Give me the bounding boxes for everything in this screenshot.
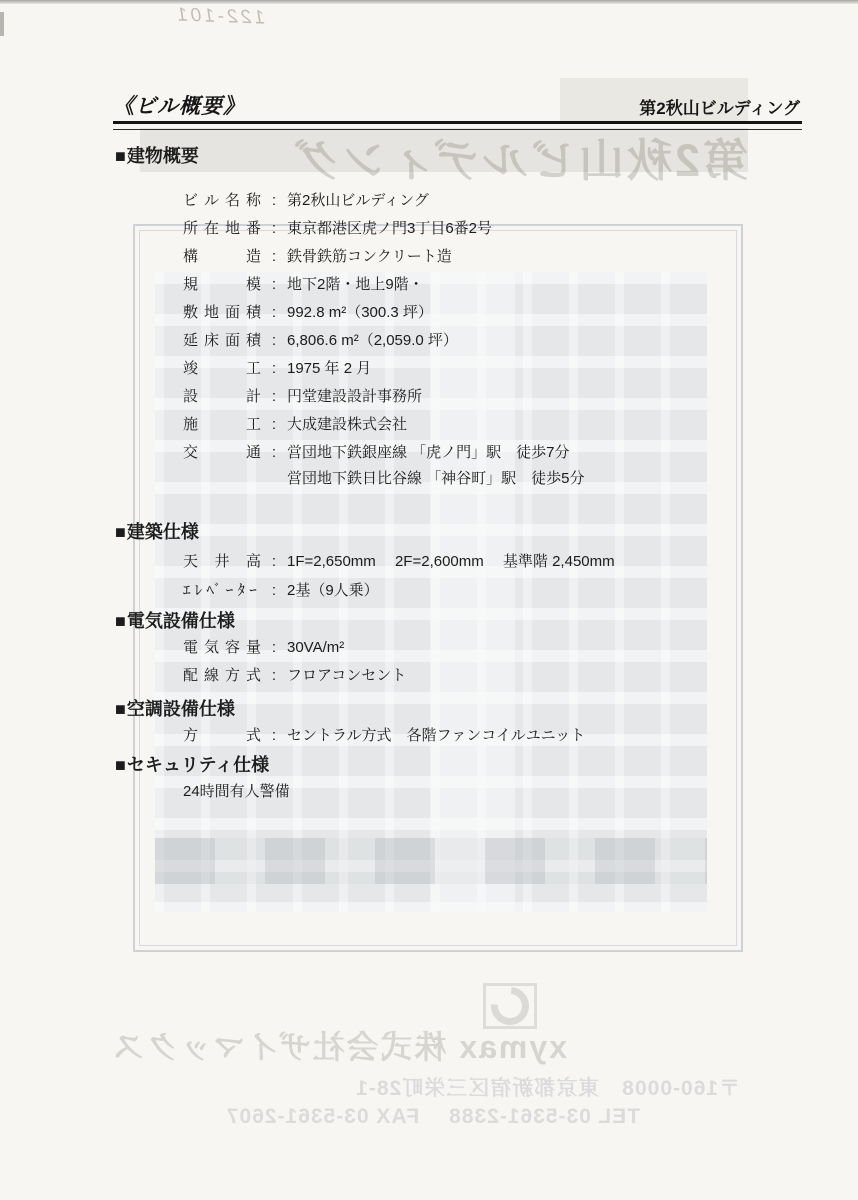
section-title: 空調設備仕様 <box>127 700 235 719</box>
spec-label: 電気容量 <box>183 640 261 656</box>
section-marker-icon: ■ <box>115 147 126 166</box>
spec-label: 延床面積 <box>183 333 261 349</box>
spec-value: 地下2階・地上9階・ <box>287 277 424 293</box>
spec-label: 配線方式 <box>183 668 261 684</box>
spec-colon: : <box>261 277 287 293</box>
spec-row: 方 式 : セントラル方式 各階ファンコイルユニット <box>115 728 800 744</box>
section-title: 建築仕様 <box>127 523 199 542</box>
section-title: 建物概要 <box>127 147 199 166</box>
spec-row: 電気容量 : 30VA/m² <box>115 640 800 656</box>
bleed-company-tel: TEL 03-5361-2388 FAX 03-5361-2607 <box>226 1100 640 1130</box>
spec-label: 竣 工 <box>183 361 261 377</box>
spec-row: 配線方式 : フロアコンセント <box>115 668 800 684</box>
section-marker-icon: ■ <box>115 612 126 631</box>
spec-row: 天 井 高 : 1F=2,650mm 2F=2,600mm 基準階 2,450m… <box>115 554 800 570</box>
spec-label: 敷地面積 <box>183 305 261 321</box>
document-page: 122-101 第2秋山ビルディング xymax 株式会社ザイマックス 〒160… <box>0 0 858 1200</box>
spec-value: 1F=2,650mm 2F=2,600mm 基準階 2,450mm <box>287 554 615 570</box>
scan-artifact <box>0 12 4 36</box>
spec-colon: : <box>261 554 287 570</box>
spec-row: 施 工 : 大成建設株式会社 <box>115 417 800 433</box>
spec-colon: : <box>261 193 287 209</box>
section-heading: ■ 空調設備仕様 <box>115 700 800 719</box>
spec-colon: : <box>261 668 287 684</box>
spec-colon: : <box>261 305 287 321</box>
spec-row: ｴﾚﾍﾞｰﾀｰ : 2基（9人乗） <box>115 583 800 599</box>
spec-value: 1975 年 2 月 <box>287 361 371 377</box>
spec-label: ｴﾚﾍﾞｰﾀｰ <box>183 583 261 599</box>
section-heading: ■ セキュリティ仕様 <box>115 756 800 775</box>
spec-row: 竣 工 : 1975 年 2 月 <box>115 361 800 377</box>
spec-colon: : <box>261 221 287 237</box>
section-heading: ■ 電気設備仕様 <box>115 612 800 631</box>
spec-value: 鉄骨鉄筋コンクリート造 <box>287 249 452 265</box>
spec-value: 30VA/m² <box>287 640 344 656</box>
spec-row: 規 模 : 地下2階・地上9階・ <box>115 277 800 293</box>
section-electrical-spec: ■ 電気設備仕様 電気容量 : 30VA/m² 配線方式 : フロアコンセント <box>115 612 800 684</box>
spec-row: 設 計 : 円堂建設設計事務所 <box>115 389 800 405</box>
spec-colon: : <box>261 728 287 744</box>
spec-colon: : <box>261 361 287 377</box>
spec-label: 方 式 <box>183 728 261 744</box>
spec-label: 天 井 高 <box>183 554 261 570</box>
section-title: 電気設備仕様 <box>127 612 235 631</box>
spec-colon: : <box>261 417 287 433</box>
document-body: ■ 建物概要 ビル名称 : 第2秋山ビルディング 所在地番 : 東京都港区虎ノ門… <box>115 0 800 800</box>
spec-label: ビル名称 <box>183 193 261 209</box>
section-marker-icon: ■ <box>115 756 126 775</box>
spec-value: 992.8 m²（300.3 坪） <box>287 305 433 321</box>
bleed-skyline <box>155 838 707 884</box>
spec-colon: : <box>261 389 287 405</box>
spec-label: 所在地番 <box>183 221 261 237</box>
logo-swirl-icon <box>483 979 537 1033</box>
xymax-logo-icon <box>483 983 537 1029</box>
spec-row: 交 通 : 営団地下鉄銀座線 「虎ノ門」駅 徒歩7分 <box>115 445 800 461</box>
section-security-spec: ■ セキュリティ仕様 24時間有人警備 <box>115 756 800 800</box>
bleed-company-address: 〒160-0008 東京都新宿区三栄町28-1 <box>355 1072 740 1102</box>
spec-label: 設 計 <box>183 389 261 405</box>
spec-value: 営団地下鉄日比谷線 「神谷町」駅 徒歩5分 <box>287 471 585 487</box>
spec-row: 構 造 : 鉄骨鉄筋コンクリート造 <box>115 249 800 265</box>
spec-value: 2基（9人乗） <box>287 583 379 599</box>
section-hvac-spec: ■ 空調設備仕様 方 式 : セントラル方式 各階ファンコイルユニット <box>115 700 800 744</box>
section-heading: ■ 建物概要 <box>115 147 800 166</box>
spec-row: 延床面積 : 6,806.6 m²（2,059.0 坪） <box>115 333 800 349</box>
spec-label: 規 模 <box>183 277 261 293</box>
spec-colon: : <box>261 640 287 656</box>
spec-value: 大成建設株式会社 <box>287 417 407 433</box>
section-architecture-spec: ■ 建築仕様 天 井 高 : 1F=2,650mm 2F=2,600mm 基準階… <box>115 523 800 599</box>
section-note: 24時間有人警備 <box>183 784 800 800</box>
spec-row: 敷地面積 : 992.8 m²（300.3 坪） <box>115 305 800 321</box>
spec-colon: : <box>261 445 287 461</box>
spec-row: ビル名称 : 第2秋山ビルディング <box>115 193 800 209</box>
section-marker-icon: ■ <box>115 700 126 719</box>
spec-colon: : <box>261 249 287 265</box>
section-heading: ■ 建築仕様 <box>115 523 800 542</box>
spec-value: 円堂建設設計事務所 <box>287 389 422 405</box>
spec-colon: : <box>261 333 287 349</box>
spec-value: 営団地下鉄銀座線 「虎ノ門」駅 徒歩7分 <box>287 445 570 461</box>
bleed-company-name: xymax 株式会社ザイマックス <box>110 1022 567 1068</box>
spec-value: 6,806.6 m²（2,059.0 坪） <box>287 333 458 349</box>
section-building-overview: ■ 建物概要 ビル名称 : 第2秋山ビルディング 所在地番 : 東京都港区虎ノ門… <box>115 147 800 487</box>
spec-label: 構 造 <box>183 249 261 265</box>
spec-value: セントラル方式 各階ファンコイルユニット <box>287 728 585 744</box>
spec-row: 所在地番 : 東京都港区虎ノ門3丁目6番2号 <box>115 221 800 237</box>
section-title: セキュリティ仕様 <box>127 756 269 775</box>
spec-label: 施 工 <box>183 417 261 433</box>
spec-row-continuation: 営団地下鉄日比谷線 「神谷町」駅 徒歩5分 <box>115 471 800 487</box>
spec-value: 東京都港区虎ノ門3丁目6番2号 <box>287 221 492 237</box>
section-marker-icon: ■ <box>115 523 126 542</box>
spec-label: 交 通 <box>183 445 261 461</box>
spec-colon: : <box>261 583 287 599</box>
spec-value: 第2秋山ビルディング <box>287 193 429 209</box>
spec-value: フロアコンセント <box>287 668 406 684</box>
